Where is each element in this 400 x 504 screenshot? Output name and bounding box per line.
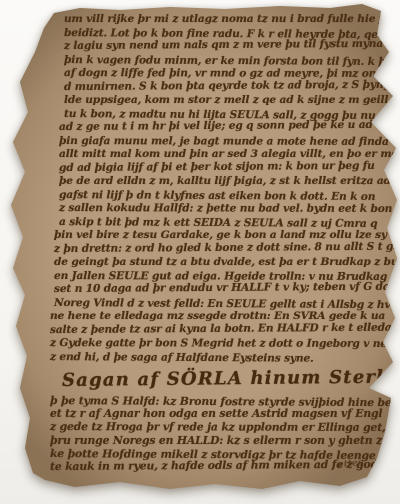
- manuscript-line: þru runge Noregs en HALLD: kz s ellerm r…: [50, 434, 382, 447]
- saga-title: Sagan af SÖRLA hinum Sterka: [62, 365, 382, 394]
- manuscript-line: ad z ge nu t i m hr þi vel lije; eg q so…: [59, 119, 382, 135]
- manuscript-line: z Gydeke gatte þr bon S Megrid het z dot…: [50, 337, 382, 351]
- manuscript-line: et tz r af Agnar hon odga en sette Astri…: [50, 407, 382, 420]
- manuscript-line: þe de ard elldn z m, kalltu lijf þigia, …: [59, 175, 382, 189]
- manuscript-line: d munirnen. S k bon þta qeyrde tok tz ad…: [64, 78, 382, 94]
- photo-canvas: um vill rijke þr mi z utlagz noma tz nu …: [0, 0, 400, 504]
- manuscript-line: um vill rijke þr mi z utlagz noma tz nu …: [64, 13, 382, 27]
- manuscript-line: salte z þende tz asr ai kyna la botn. En…: [50, 321, 382, 337]
- manuscript-line: Noreg Vindl d z vest felld: En SEULE gel…: [54, 297, 382, 313]
- manuscript-line: de geingt þa stund tz a btu dvalde, est …: [54, 256, 382, 270]
- manuscript-line: þin giafa munu mel, je bagt munde a mote…: [59, 135, 382, 149]
- manuscript-line: z sallen kokudu Hallfd: z þette nu bad v…: [59, 202, 382, 216]
- manuscript-line: z gede tz Hroga þr vf rede ja kz upplond…: [50, 420, 382, 434]
- manuscript-line: þ þe tyma S Halfd: kz Bronu fostre styrd…: [50, 394, 382, 409]
- manuscript-line: lde uppsigea, kom m stor z mell z qe ad …: [64, 94, 382, 108]
- manuscript-line: z lagiu syn nend um nals qm z m vere þu …: [64, 38, 382, 54]
- manuscript-line: z end hi, d þe saga af Halfdane Eysteins…: [50, 351, 382, 367]
- manuscript-line: a skip t bit þd mz k ett SEIDA z SEULA s…: [59, 216, 382, 231]
- manuscript-line: te kauk in m ryeu, z hafde odls af hm mi…: [50, 458, 382, 474]
- manuscript-page: um vill rijke þr mi z utlagz noma tz nu …: [0, 0, 400, 504]
- manuscript-line: set n 10 daga ad þr endudu vr HALLF t v …: [54, 281, 382, 297]
- parchment-texture: um vill rijke þr mi z utlagz noma tz nu …: [0, 0, 400, 504]
- manuscript-line: z þn drettn: z ord ho gled k bone z dott…: [54, 240, 382, 256]
- manuscript-text: um vill rijke þr mi z utlagz noma tz nu …: [50, 13, 382, 473]
- manuscript-line: gd ad þigia lijf af þi et þer kot sijon …: [59, 159, 382, 175]
